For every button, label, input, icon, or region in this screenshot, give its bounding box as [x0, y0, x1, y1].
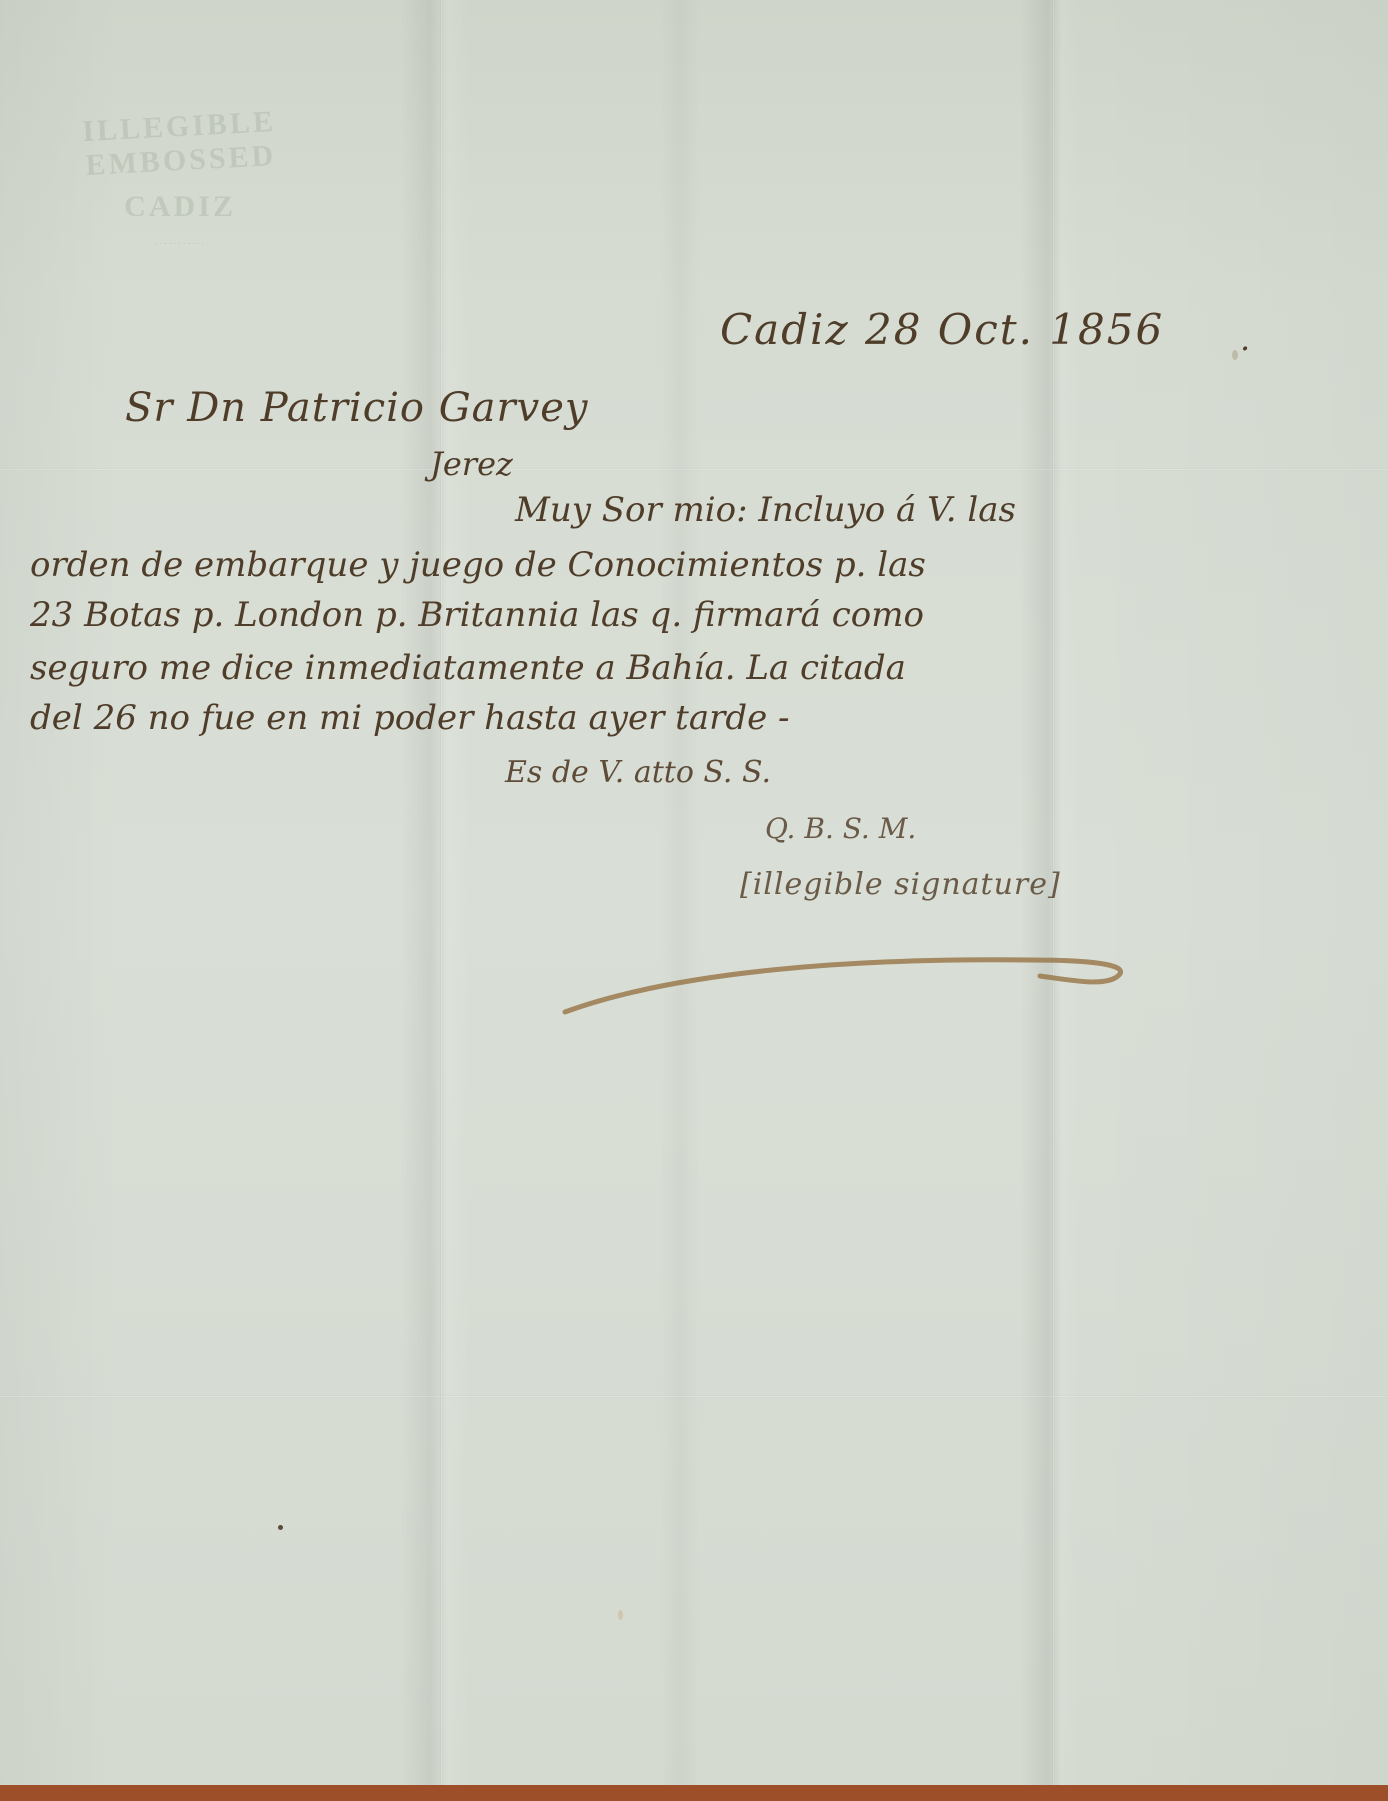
- vertical-fold-crease-left: [440, 0, 443, 1790]
- closing-line-2: Q. B. S. M.: [765, 812, 916, 845]
- dateline: Cadiz 28 Oct. 1856: [720, 305, 1164, 354]
- signature: [illegible signature]: [740, 867, 1061, 902]
- ink-speck: [278, 1525, 283, 1530]
- closing-line-1: Es de V. atto S. S.: [505, 755, 771, 790]
- letter-sheet: ILLEGIBLE EMBOSSED CADIZ ··········· Cad…: [0, 0, 1388, 1790]
- letterhead-line-1: ILLEGIBLE EMBOSSED: [18, 102, 341, 187]
- body-line-3: 23 Botas p. London p. Britannia las q. f…: [30, 595, 924, 635]
- body-line-1: Muy Sor mio: Incluyo á V. las: [515, 490, 1016, 530]
- letterhead-line-2: CADIZ: [20, 190, 340, 224]
- addressee-place: Jerez: [430, 445, 513, 483]
- body-line-4: seguro me dice inmediatamente a Bahía. L…: [30, 648, 906, 688]
- horizontal-fold-crease-lower: [0, 1395, 1388, 1398]
- horizontal-fold-crease-upper: [0, 468, 1388, 471]
- signature-flourish-icon: [560, 940, 1130, 1020]
- body-line-2: orden de embarque y juego de Conocimient…: [30, 545, 926, 585]
- embossed-letterhead: ILLEGIBLE EMBOSSED CADIZ ···········: [20, 100, 340, 250]
- letterhead-line-3: ···········: [20, 238, 340, 250]
- body-line-5: del 26 no fue en mi poder hasta ayer tar…: [30, 698, 790, 738]
- stain-spot: [618, 1610, 623, 1620]
- addressee-name: Sr Dn Patricio Garvey: [125, 385, 589, 431]
- table-surface: [0, 1785, 1388, 1801]
- stain-spot: [1232, 350, 1238, 360]
- dateline-trailing-mark: .: [1240, 320, 1250, 358]
